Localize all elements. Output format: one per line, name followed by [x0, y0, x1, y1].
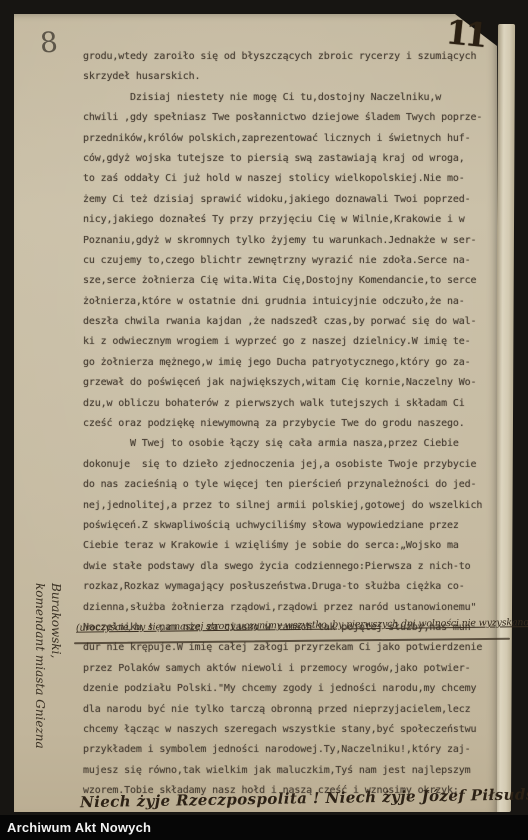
typed-line: żemy Ci też dzisiaj sprawić widoku,jakie… [83, 190, 497, 210]
typed-line: dokonuje się to dzieło zjednoczenia jej,… [83, 455, 497, 475]
typed-line: poświęceń.Z skwapliwością uchwyciliśmy s… [83, 516, 497, 536]
typed-line: go żołnierza mężnego,w imię jego Ducha p… [83, 353, 497, 373]
archive-label: Archiwum Akt Nowych [0, 820, 151, 835]
typed-line: rozkaz,Rozkaz wymagający posłuszeństwa.D… [83, 577, 497, 597]
typed-line: skrzydeł husarskich. [83, 67, 497, 87]
typed-line: chcemy łącząc w naszych szeregach wszyst… [83, 720, 497, 740]
typed-line: deszła chwila rwania kajdan ,że nadszedł… [83, 312, 497, 332]
typed-line: mujesz się równo,tak wielkim jak maluczk… [83, 761, 497, 781]
typed-line: żołnierza,które w ostatnie dni grudnia i… [83, 292, 497, 312]
margin-note-line: Burakowski, [48, 583, 64, 749]
typed-line: nicy,jakiego doznałeś Ty przy przyjęciu … [83, 210, 497, 230]
typed-line: dla narodu być nie tylko tarczą obronną … [83, 700, 497, 720]
typed-line: przez Polaków samych aktów niewoli i prz… [83, 659, 497, 679]
page-number: 8 [39, 25, 59, 59]
archival-photo-frame: 8 11 grodu,wtedy zaroiło się od błyszczą… [0, 0, 528, 840]
typed-line: to zaś oddały Ci już hold w naszej stoli… [83, 169, 497, 189]
typed-line: grodu,wtedy zaroiło się od błyszczących … [83, 47, 497, 67]
typed-line: grzewał do poświęceń jak największych,wi… [83, 373, 497, 393]
margin-note: Burakowski, komendant miasta Gniezna [32, 583, 64, 749]
typed-text-block: grodu,wtedy zaroiło się od błyszczących … [83, 47, 497, 801]
typed-line: W Twej to osobie łączy się cała armia na… [83, 434, 497, 454]
margin-note-line: komendant miasta Gniezna [32, 583, 48, 749]
typed-line: cu czujemy to,czego blichtr zewnętrzny w… [83, 251, 497, 271]
typed-line: do nas zacieśnią o tyle więcej ten pierś… [83, 475, 497, 495]
typed-line: Poznaniu,gdyż w skromnych tylko żyjemy t… [83, 231, 497, 251]
typed-line: dzienna,służba żołnierza rządowi,rządowi… [83, 598, 497, 618]
typed-line: dzenie podziału Polski."My chcemy zgody … [83, 679, 497, 699]
footer-bar: Archiwum Akt Nowych [0, 815, 528, 840]
typed-line: sze,serce żołnierza Cię wita.Wita Cię,Do… [83, 271, 497, 291]
typed-line: przykładem i symbolem jedności narodowej… [83, 740, 497, 760]
typed-line: Dzisiaj niestety nie mogę Ci tu,dostojny… [83, 88, 497, 108]
typed-line: nej,jednolitej,a przez to silnej armii p… [83, 496, 497, 516]
typed-line: Ciebie teraz w Krakowie i wzięliśmy je s… [83, 536, 497, 556]
typed-line: ców,gdyż wojska tutejsze to piersią swą … [83, 149, 497, 169]
typed-line: dzu,w obliczu bohaterów z pierwszych wal… [83, 394, 497, 414]
typed-line: przedników,królów polskich,zaprezentować… [83, 129, 497, 149]
typed-line: cześć oraz podziękę niewymowną za przyby… [83, 414, 497, 434]
typed-line: chwili ,gdy spełniasz Twe posłannictwo d… [83, 108, 497, 128]
typed-line: dwie stałe podstawy dla swego życia codz… [83, 557, 497, 577]
typed-line: ki z odwiecznym wrogiem i wyprzeć go z n… [83, 332, 497, 352]
page-edge [494, 24, 515, 812]
